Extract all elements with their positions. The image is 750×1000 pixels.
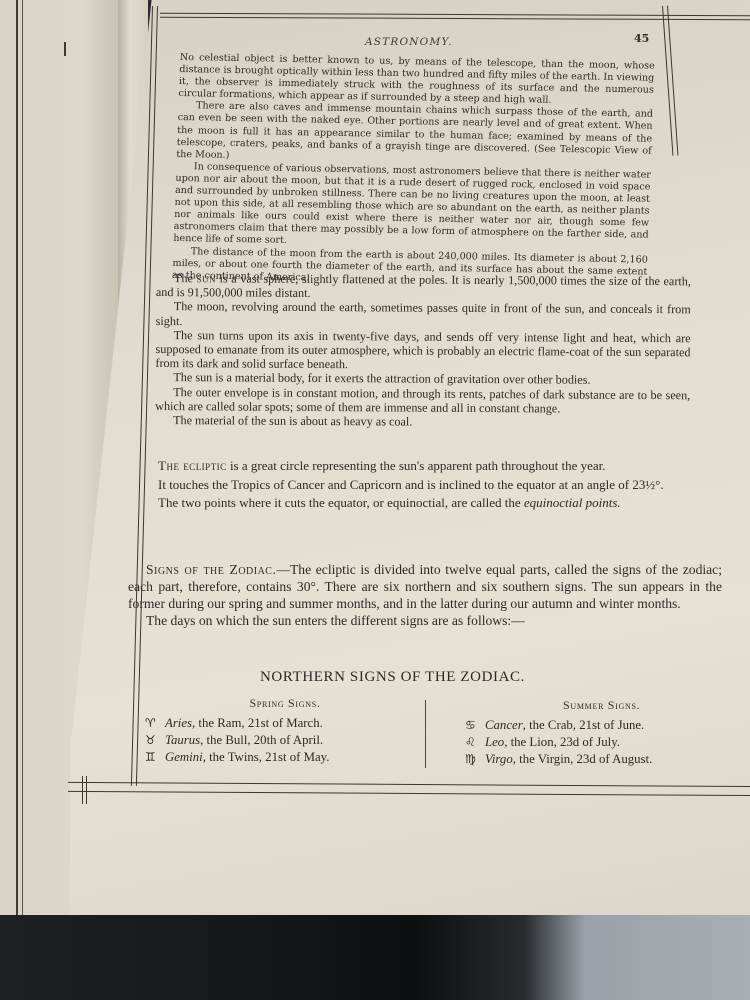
column-divider (425, 700, 426, 768)
zodiac-section: Signs of the Zodiac.—The ecliptic is div… (128, 561, 722, 629)
summer-signs-heading: Summer Signs. (465, 698, 735, 713)
ecliptic-lead-term: The ecliptic (158, 458, 227, 473)
sign-detail: , the Twins, 21st of May. (203, 750, 330, 764)
spring-signs-column: Spring Signs. ♈Aries, the Ram, 21st of M… (145, 696, 415, 766)
spring-signs-heading: Spring Signs. (145, 696, 415, 711)
sign-name: Virgo (485, 752, 513, 766)
moon-paragraph-2: There are also caves and immense mountai… (176, 100, 653, 169)
page-frame-corner-tick (82, 776, 87, 804)
left-page-border-rule (16, 0, 18, 915)
sign-detail: , the Virgin, 23d of August. (513, 752, 653, 766)
sign-name: Aries (165, 716, 192, 730)
sign-detail: , the Bull, 20th of April. (200, 733, 323, 747)
zodiac-lead-term: Signs of the Zodiac. (146, 562, 276, 577)
moon-paragraph-3: In consequence of various observations, … (173, 161, 651, 254)
sun-section: The sun is a vast sphere, slightly flatt… (155, 271, 691, 430)
sign-row-leo: ♌Leo, the Lion, 23d of July. (465, 734, 735, 751)
moon-section: No celestial object is better known to u… (172, 52, 655, 290)
ecliptic-section: The ecliptic is a great circle represent… (140, 457, 710, 513)
northern-signs-title: NORTHERN SIGNS OF THE ZODIAC. (260, 669, 525, 686)
ecliptic-paragraph-1: The ecliptic is a great circle represent… (140, 457, 710, 476)
left-page-mark (64, 42, 66, 56)
equinoctial-points-term: equinoctial points. (524, 495, 621, 510)
sign-row-aries: ♈Aries, the Ram, 21st of March. (145, 715, 415, 732)
sun-paragraph-5: The outer envelope is in constant motion… (155, 385, 690, 417)
sign-row-taurus: ♉Taurus, the Bull, 20th of April. (145, 732, 415, 749)
running-title: ASTRONOMY. (365, 36, 453, 48)
ecliptic-para3-before: The two points where it cuts the equator… (158, 495, 524, 510)
page-number: 45 (634, 32, 649, 45)
sun-paragraph-2: The moon, revolving around the earth, so… (156, 299, 691, 331)
background-surface (0, 915, 750, 1000)
leo-icon: ♌ (465, 734, 485, 751)
gemini-icon: ♊ (145, 749, 165, 766)
sign-detail: , the Lion, 23d of July. (504, 735, 620, 749)
moon-paragraph-1: No celestial object is better known to u… (178, 52, 655, 109)
sun-lead-after: is a vast sphere, slightly flattened at … (156, 271, 691, 300)
virgo-icon: ♍ (465, 751, 485, 768)
sign-row-gemini: ♊Gemini, the Twins, 21st of May. (145, 749, 415, 766)
sign-name: Gemini (165, 750, 203, 764)
sun-paragraph-1: The sun is a vast sphere, slightly flatt… (156, 271, 691, 303)
sign-detail: , the Crab, 21st of June. (523, 718, 645, 732)
left-page-border-rule-inner (22, 0, 23, 915)
sun-lead-before: The (174, 271, 197, 285)
zodiac-paragraph-1: Signs of the Zodiac.—The ecliptic is div… (128, 561, 722, 612)
ecliptic-paragraph-3: The two points where it cuts the equator… (140, 494, 710, 513)
sign-row-virgo: ♍Virgo, the Virgin, 23d of August. (465, 751, 735, 768)
ecliptic-paragraph-2: It touches the Tropics of Cancer and Cap… (140, 476, 710, 495)
sun-lead-term: sun (196, 271, 216, 285)
taurus-icon: ♉ (145, 732, 165, 749)
zodiac-paragraph-2: The days on which the sun enters the dif… (128, 612, 722, 629)
sign-detail: , the Ram, 21st of March. (192, 716, 323, 730)
cancer-icon: ♋ (465, 717, 485, 734)
sign-row-cancer: ♋Cancer, the Crab, 21st of June. (465, 717, 735, 734)
sun-paragraph-3: The sun turns upon its axis in twenty-fi… (155, 328, 690, 374)
sign-name: Taurus (165, 733, 200, 747)
ecliptic-lead-after: is a great circle representing the sun's… (227, 458, 606, 473)
sign-name: Cancer (485, 718, 523, 732)
summer-signs-column: Summer Signs. ♋Cancer, the Crab, 21st of… (465, 698, 735, 768)
sign-name: Leo (485, 735, 504, 749)
aries-icon: ♈ (145, 715, 165, 732)
